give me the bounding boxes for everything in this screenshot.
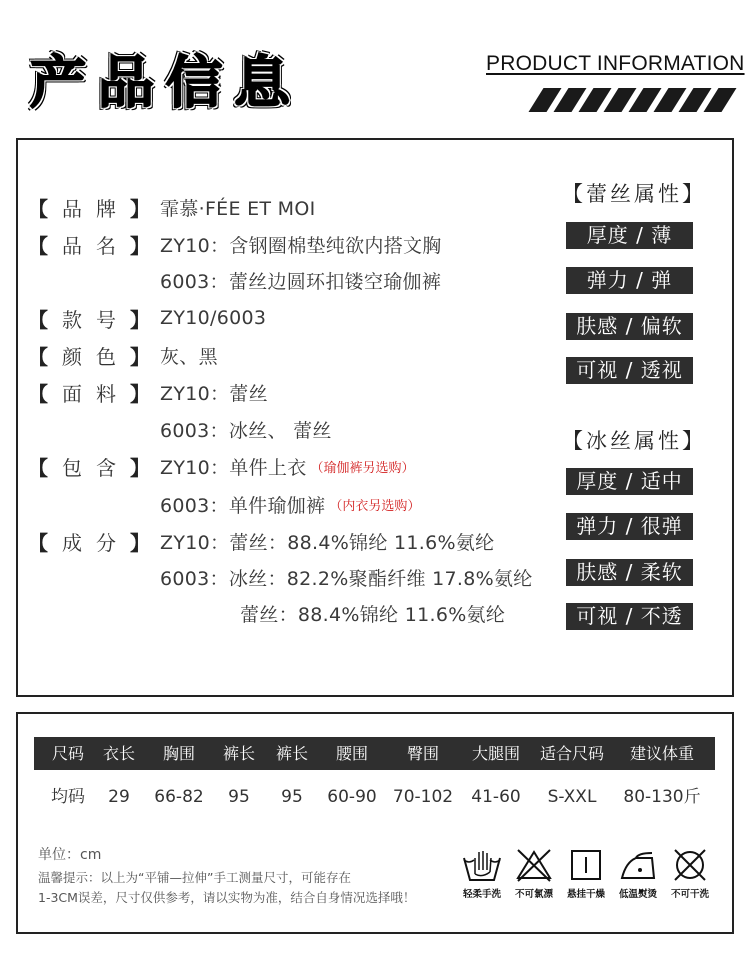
size-header-cell: 适合尺码 <box>540 737 604 770</box>
care-item-no-dry-clean: 不可干洗 <box>660 848 720 900</box>
info-row-style-no: 【款号】 ZY10/6003 <box>28 304 266 332</box>
unit-label: 单位：cm <box>38 844 101 864</box>
attr-tag: 厚度 / 薄 <box>566 222 693 249</box>
info-row-composition-2: 6003：冰丝：82.2%聚酯纤维 17.8%氨纶 <box>28 563 533 591</box>
attr-tag: 可视 / 透视 <box>566 357 693 384</box>
attr-tag: 弹力 / 弹 <box>566 267 693 294</box>
hand-wash-icon <box>462 848 502 882</box>
info-value: 灰、黑 <box>160 342 218 369</box>
info-label: 【品名】 <box>28 230 160 259</box>
size-table-header: 尺码 衣长 胸围 裤长 裤长 腰围 臀围 大腿围 适合尺码 建议体重 <box>34 737 715 770</box>
size-header-cell: 大腿围 <box>472 737 520 770</box>
size-cell: S-XXL <box>548 783 597 811</box>
info-label: 【包含】 <box>28 452 160 481</box>
info-value: 霏慕·FÉE ET MOI <box>160 194 316 221</box>
info-value: 6003：冰丝：82.2%聚酯纤维 17.8%氨纶 <box>160 564 533 591</box>
size-cell: 80-130斤 <box>623 783 700 811</box>
care-label: 不可氯漂 <box>504 886 564 900</box>
no-bleach-icon <box>514 848 554 882</box>
care-item-hand-wash: 轻柔手洗 <box>452 848 512 900</box>
info-row-composition-3: 蕾丝：88.4%锦纶 11.6%氨纶 <box>28 599 505 627</box>
care-item-low-iron: 低温熨烫 <box>608 848 668 900</box>
info-value: 6003：冰丝、 蕾丝 <box>160 416 332 443</box>
tip-line-1: 温馨提示：以上为“平铺—拉伸”手工测量尺寸，可能存在 <box>38 868 351 886</box>
info-label: 【面料】 <box>28 378 160 407</box>
info-note: （瑜伽裤另选购） <box>311 457 415 476</box>
care-label: 轻柔手洗 <box>452 886 512 900</box>
info-row-fabric: 【面料】 ZY10：蕾丝 <box>28 378 268 406</box>
info-row-composition: 【成分】 ZY10：蕾丝：88.4%锦纶 11.6%氨纶 <box>28 527 494 555</box>
size-header-cell: 建议体重 <box>630 737 694 770</box>
info-value: ZY10：蕾丝：88.4%锦纶 11.6%氨纶 <box>160 528 494 555</box>
info-row-includes-2: 6003：单件瑜伽裤 （内衣另选购） <box>28 490 420 518</box>
low-iron-icon <box>618 848 658 882</box>
info-value: ZY10：蕾丝 <box>160 379 268 406</box>
size-header-cell: 裤长 <box>276 737 308 770</box>
info-label: 【款号】 <box>28 304 160 333</box>
info-value: ZY10：单件上衣 <box>160 453 307 480</box>
size-header-cell: 胸围 <box>163 737 195 770</box>
info-row-color: 【颜色】 灰、黑 <box>28 341 218 369</box>
care-label: 不可干洗 <box>660 886 720 900</box>
title-char: 品 <box>98 52 158 114</box>
size-cell: 95 <box>228 783 250 811</box>
care-label: 悬挂干燥 <box>556 886 616 900</box>
info-value: 6003：蕾丝边圆环扣镂空瑜伽裤 <box>160 267 441 294</box>
care-item-hang-dry: 悬挂干燥 <box>556 848 616 900</box>
info-label: 【颜色】 <box>28 341 160 370</box>
size-cell: 66-82 <box>154 783 203 811</box>
info-row-product-name-2: 6003：蕾丝边圆环扣镂空瑜伽裤 <box>28 266 441 294</box>
title-char: 产 <box>30 52 90 114</box>
info-label: 【成分】 <box>28 527 160 556</box>
attr-tag: 弹力 / 很弹 <box>566 513 693 540</box>
title-char: 息 <box>234 52 294 114</box>
size-header-cell: 腰围 <box>336 737 368 770</box>
care-label: 低温熨烫 <box>608 886 668 900</box>
size-cell: 70-102 <box>393 783 453 811</box>
info-label: 【品牌】 <box>28 193 160 222</box>
attr-tag: 肤感 / 偏软 <box>566 313 693 340</box>
attr-tag: 肤感 / 柔软 <box>566 559 693 586</box>
hang-dry-icon <box>566 848 606 882</box>
no-dry-clean-icon <box>670 848 710 882</box>
attr-tag: 可视 / 不透 <box>566 603 693 630</box>
size-header-cell: 臀围 <box>407 737 439 770</box>
tip-line-2: 1-3CM误差，尺寸仅供参考，请以实物为准，结合自身情况选择哦！ <box>38 888 415 906</box>
info-row-includes: 【包含】 ZY10：单件上衣 （瑜伽裤另选购） <box>28 452 415 480</box>
care-item-no-bleach: 不可氯漂 <box>504 848 564 900</box>
size-cell: 29 <box>108 783 130 811</box>
size-header-cell: 衣长 <box>103 737 135 770</box>
info-row-product-name: 【品名】 ZY10：含钢圈棉垫纯欲内搭文胸 <box>28 230 442 258</box>
info-value: ZY10：含钢圈棉垫纯欲内搭文胸 <box>160 231 442 258</box>
size-table-row: 均码 29 66-82 95 95 60-90 70-102 41-60 S-X… <box>34 783 715 811</box>
page-title-en: PRODUCT INFORMATION <box>486 52 745 76</box>
size-cell: 60-90 <box>327 783 376 811</box>
size-header-cell: 尺码 <box>52 737 84 770</box>
title-char: 信 <box>166 52 226 114</box>
size-header-cell: 裤长 <box>223 737 255 770</box>
attr-tag: 厚度 / 适中 <box>566 468 693 495</box>
info-value: ZY10/6003 <box>160 307 266 329</box>
decorative-stripes <box>536 88 732 112</box>
ice-silk-attributes-title: 【冰丝属性】 <box>562 425 706 455</box>
info-value: 6003：单件瑜伽裤 <box>160 491 325 518</box>
lace-attributes-title: 【蕾丝属性】 <box>562 178 706 208</box>
info-row-brand: 【品牌】 霏慕·FÉE ET MOI <box>28 193 316 221</box>
info-row-fabric-2: 6003：冰丝、 蕾丝 <box>28 415 332 443</box>
size-cell: 95 <box>281 783 303 811</box>
size-cell: 41-60 <box>471 783 520 811</box>
size-cell: 均码 <box>51 783 85 811</box>
info-note: （内衣另选购） <box>329 495 420 514</box>
page-title-cn: 产 品 信 息 <box>30 52 294 114</box>
info-value: 蕾丝：88.4%锦纶 11.6%氨纶 <box>240 600 505 627</box>
